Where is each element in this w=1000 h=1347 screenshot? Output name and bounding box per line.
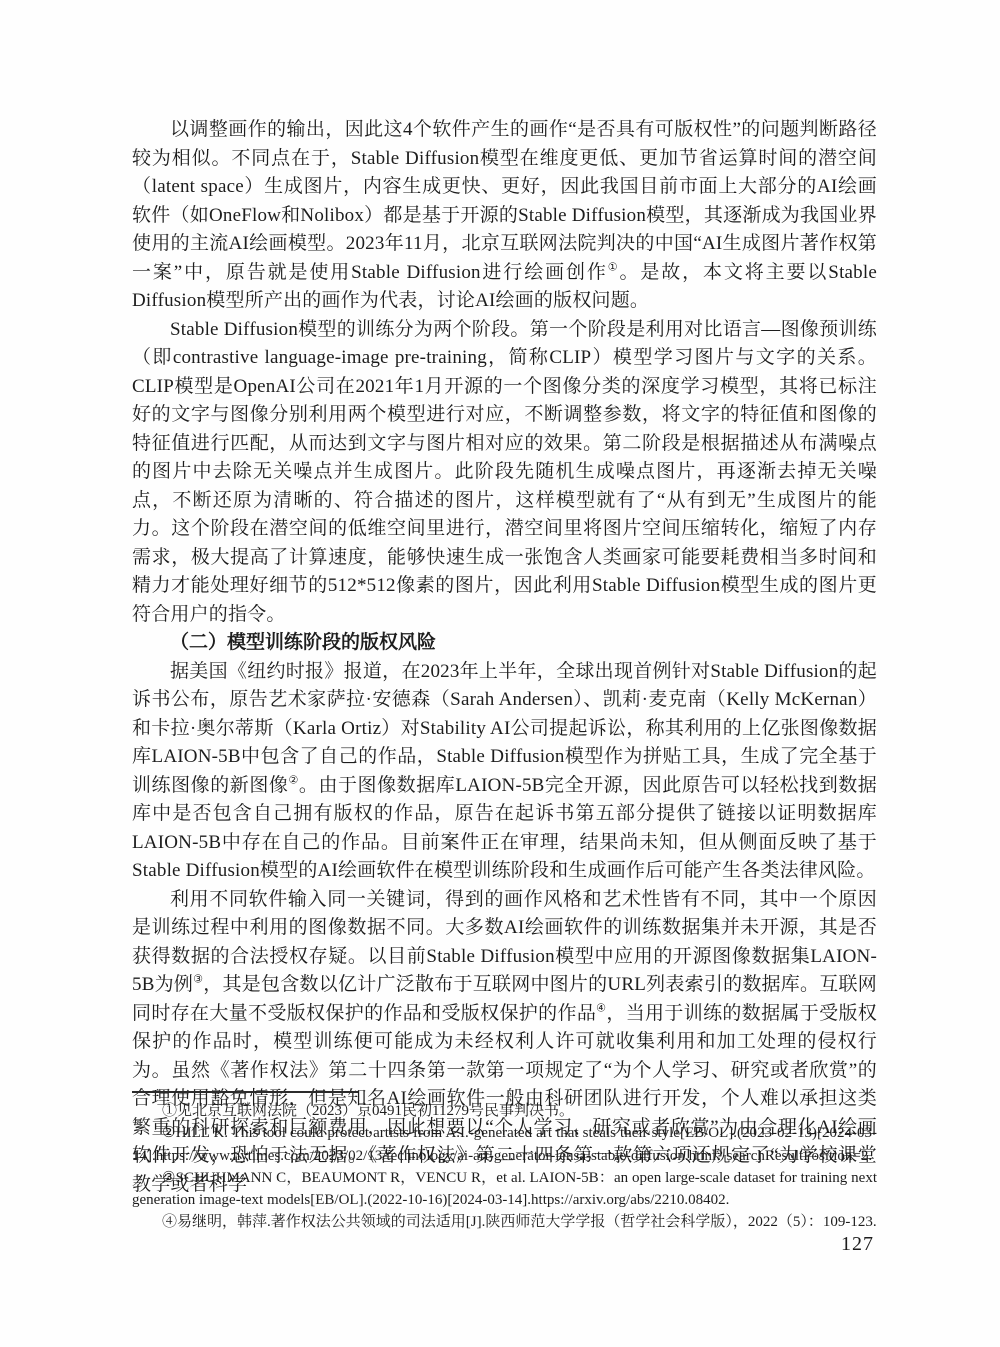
page-number: 127 xyxy=(841,1233,874,1256)
journal-page: 以调整画作的输出，因此这4个软件产生的画作“是否具有可版权性”的问题判断路径较为… xyxy=(0,0,1000,1347)
section-heading: （二）模型训练阶段的版权风险 xyxy=(132,629,877,658)
footnote-separator xyxy=(132,1091,358,1093)
footnote-3: ③SCHUHMANN C，BEAUMONT R，VENCU R，et al. L… xyxy=(132,1167,877,1212)
body-paragraph-1: 以调整画作的输出，因此这4个软件产生的画作“是否具有可版权性”的问题判断路径较为… xyxy=(132,116,877,316)
body-paragraph-3: 据美国《纽约时报》报道，在2023年上半年，全球出现首例针对Stable Dif… xyxy=(132,658,877,886)
article-body: 以调整画作的输出，因此这4个软件产生的画作“是否具有可版权性”的问题判断路径较为… xyxy=(132,116,877,1199)
footnotes-section: ①见北京互联网法院（2023）京0491民初11279号民事判决书。 ②HILL… xyxy=(132,1091,877,1234)
footnote-4: ④易继明，韩萍.著作权法公共领域的司法适用[J].陕西师范大学学报（哲学社会科学… xyxy=(132,1211,877,1233)
footnote-2: ②HILL K. This tool could protect artists… xyxy=(132,1122,877,1167)
body-paragraph-2: Stable Diffusion模型的训练分为两个阶段。第一个阶段是利用对比语言… xyxy=(132,316,877,630)
footnote-1: ①见北京互联网法院（2023）京0491民初11279号民事判决书。 xyxy=(132,1100,877,1122)
